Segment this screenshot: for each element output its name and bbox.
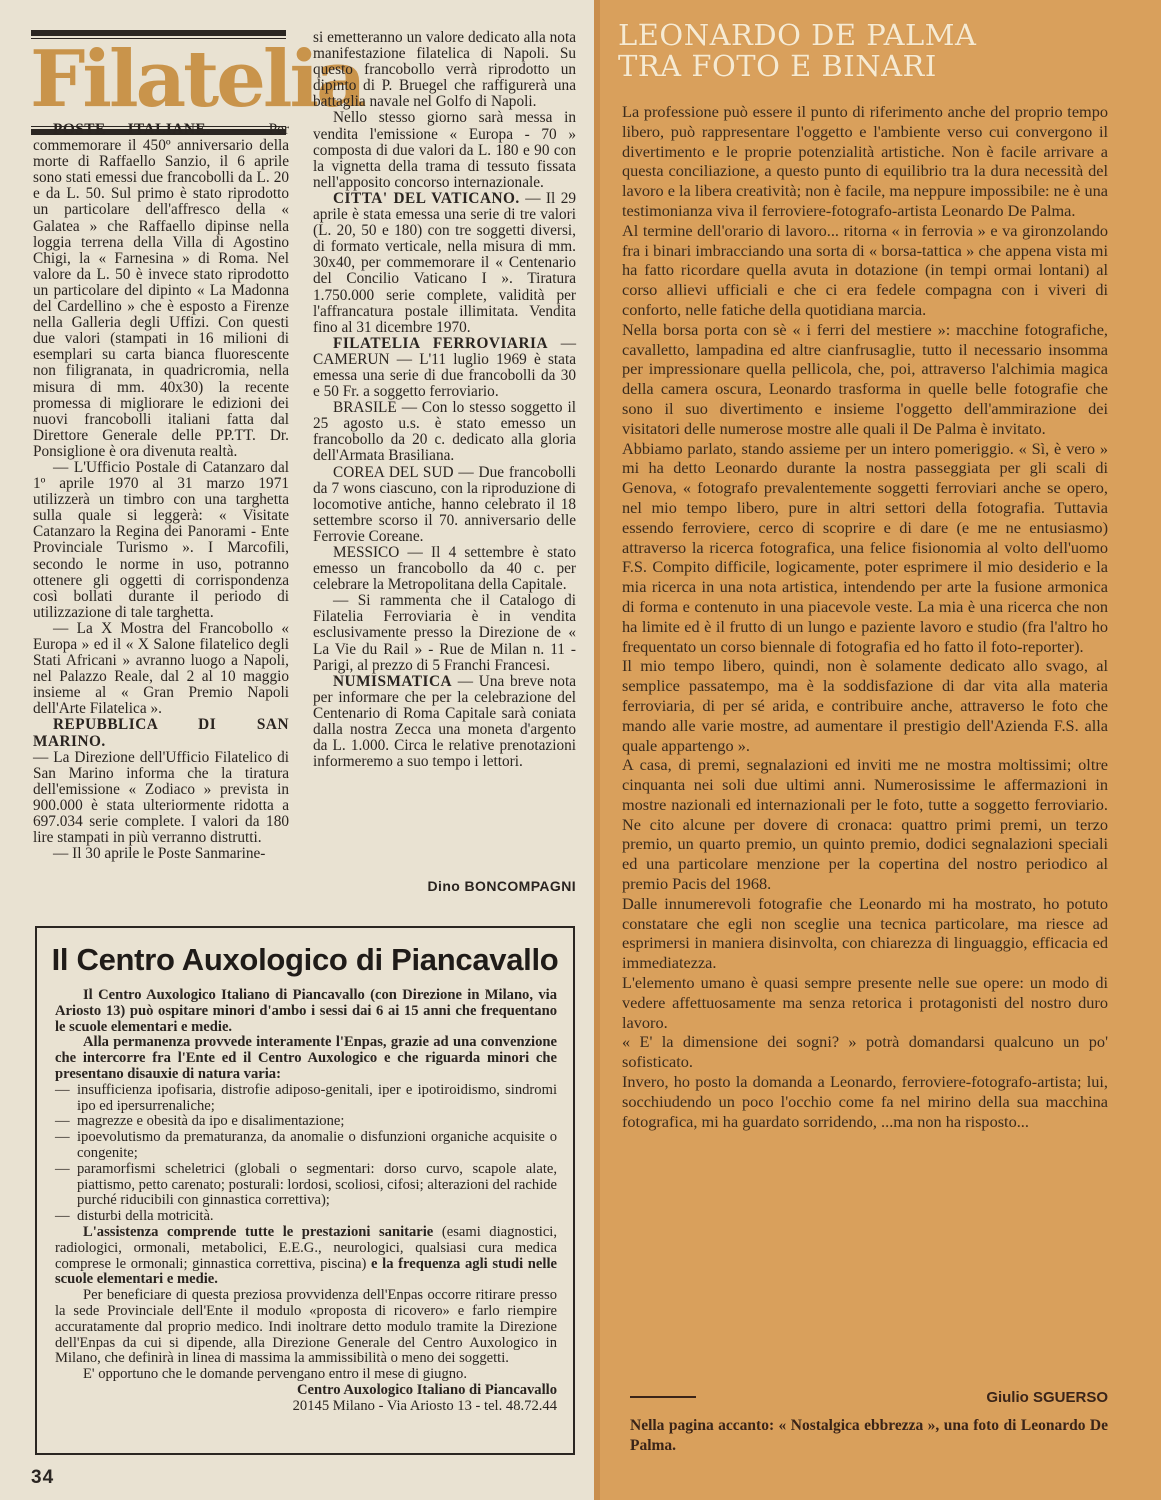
- article-paragraph: A casa, di premi, segnalazioni ed inviti…: [622, 755, 1108, 894]
- notice-intro: Il Centro Auxologico Italiano di Piancav…: [55, 988, 557, 1035]
- paragraph: — La X Mostra del Francobollo « Europa »…: [33, 621, 289, 718]
- paragraph: CITTA' DEL VATICANO. — Il 29 aprile è st…: [313, 191, 576, 336]
- paragraph: REPUBBLICA DI SAN MARINO.: [33, 717, 289, 749]
- paragraph-text: — Il 29 aprile è stata emessa una serie …: [313, 190, 576, 336]
- photo-caption: Nella pagina accanto: « Nostalgica ebbre…: [630, 1416, 1108, 1456]
- paragraph: FILATELIA FERROVIARIA — CAMERUN — L'11 l…: [313, 336, 576, 400]
- paragraph-text: — La Direzione dell'Ufficio Filatelico d…: [33, 749, 289, 846]
- paragraph-lead: REPUBBLICA DI SAN MARINO.: [33, 716, 289, 749]
- article-paragraph: Al termine dell'orario di lavoro... rito…: [622, 221, 1108, 320]
- notice-body: Il Centro Auxologico Italiano di Piancav…: [55, 988, 557, 1415]
- article-title-line-2: TRA FOTO E BINARI: [618, 51, 1138, 82]
- condition-item: disturbi della motricità.: [55, 1209, 557, 1225]
- auxologico-notice-box: Il Centro Auxologico di Piancavallo Il C…: [35, 926, 575, 1455]
- magazine-page: Filatelia POSTE ITALIANE. — Per commemor…: [0, 0, 1161, 1500]
- notice-deadline: E' opportuno che le domande pervengano e…: [55, 1367, 557, 1383]
- assistance-bold: L'assistenza comprende tutte le prestazi…: [83, 1224, 433, 1240]
- paragraph-text: — L'Ufficio Postale di Catanzaro dal 1º …: [33, 459, 289, 621]
- notice-address: 20145 Milano - Via Ariosto 13 - tel. 48.…: [55, 1399, 557, 1415]
- panel-edge: [594, 0, 600, 1500]
- paragraph-text: si emetteranno un valore dedicato alla n…: [313, 29, 576, 110]
- paragraph: BRASILE — Con lo stesso soggetto il 25 a…: [313, 400, 576, 464]
- article-paragraph: Nella borsa porta con sè « i ferri del m…: [622, 320, 1108, 439]
- article-panel: LEONARDO DE PALMA TRA FOTO E BINARI La p…: [594, 0, 1161, 1500]
- paragraph-text: Nello stesso giorno sarà messa in vendit…: [313, 109, 576, 190]
- paragraph-text: MESSICO — Il 4 settembre è stato emesso …: [313, 544, 576, 593]
- article-paragraph: Abbiamo parlato, stando assieme per un i…: [622, 439, 1108, 657]
- paragraph: MESSICO — Il 4 settembre è stato emesso …: [313, 545, 576, 593]
- article-paragraph: Invero, ho posto la domanda a Leonardo, …: [622, 1072, 1108, 1131]
- filatelia-column-2: si emetteranno un valore dedicato alla n…: [313, 30, 576, 770]
- paragraph: POSTE ITALIANE. — Per commemorare il 450…: [33, 122, 289, 460]
- paragraph: — Il 30 aprile le Poste Sanmarine-: [33, 846, 289, 862]
- condition-item: ipoevolutismo da prematuranza, da anomal…: [55, 1130, 557, 1162]
- paragraph-lead: POSTE ITALIANE.: [53, 121, 210, 138]
- paragraph-text: BRASILE — Con lo stesso soggetto il 25 a…: [313, 399, 576, 464]
- paragraph-text: — Si rammenta che il Catalogo di Filatel…: [313, 592, 576, 673]
- article-paragraph: L'elemento umano è quasi sempre presente…: [622, 973, 1108, 1032]
- notice-title: Il Centro Auxologico di Piancavallo: [37, 942, 573, 978]
- paragraph: — Si rammenta che il Catalogo di Filatel…: [313, 593, 576, 673]
- article-paragraph: « E' la dimensione dei sogni? » potrà do…: [622, 1032, 1108, 1072]
- paragraph-text: — Per commemorare il 450º anniversario d…: [33, 121, 289, 460]
- conditions-list: insufficienza ipofisaria, distrofie adip…: [55, 1083, 557, 1225]
- author-signature: Dino BONCOMPAGNI: [313, 878, 576, 894]
- paragraph-lead: NUMISMATICA: [333, 673, 452, 690]
- article-paragraph: La professione può essere il punto di ri…: [622, 102, 1108, 221]
- paragraph: — L'Ufficio Postale di Catanzaro dal 1º …: [33, 460, 289, 621]
- article-title-line-1: LEONARDO DE PALMA: [618, 20, 1138, 51]
- filatelia-column-1: POSTE ITALIANE. — Per commemorare il 450…: [33, 122, 289, 862]
- paragraph-lead: CITTA' DEL VATICANO.: [333, 190, 520, 207]
- notice-assistance: L'assistenza comprende tutte le prestazi…: [55, 1225, 557, 1288]
- condition-item: paramorfismi scheletrici (globali o segm…: [55, 1162, 557, 1209]
- article-paragraph: Il mio tempo libero, quindi, non è solam…: [622, 656, 1108, 755]
- notice-procedure: Per beneficiare di questa preziosa provv…: [55, 1288, 557, 1367]
- notice-enpas: Alla permanenza provvede interamente l'E…: [55, 1035, 557, 1082]
- section-title: Filatelia: [30, 34, 288, 126]
- paragraph-lead: FILATELIA FERROVIARIA: [333, 335, 548, 352]
- filatelia-masthead: Filatelia: [31, 30, 286, 110]
- paragraph: si emetteranno un valore dedicato alla n…: [313, 30, 576, 110]
- article-paragraph: Dalle innumerevoli fotografie che Leonar…: [622, 894, 1108, 973]
- paragraph: NUMISMATICA — Una breve nota per informa…: [313, 674, 576, 771]
- paragraph: COREA DEL SUD — Due francobolli da 7 won…: [313, 465, 576, 545]
- caption-divider: [630, 1396, 696, 1398]
- condition-item: magrezze e obesità da ipo e disalimentaz…: [55, 1114, 557, 1130]
- page-number: 34: [31, 1467, 54, 1489]
- paragraph: Nello stesso giorno sarà messa in vendit…: [313, 110, 576, 190]
- article-body: La professione può essere il punto di ri…: [622, 102, 1108, 1131]
- paragraph-text: — Il 30 aprile le Poste Sanmarine-: [53, 845, 265, 862]
- notice-signature: Centro Auxologico Italiano di Piancavall…: [55, 1383, 557, 1399]
- article-title: LEONARDO DE PALMA TRA FOTO E BINARI: [618, 20, 1138, 82]
- paragraph-text: COREA DEL SUD — Due francobolli da 7 won…: [313, 464, 576, 545]
- condition-item: insufficienza ipofisaria, distrofie adip…: [55, 1083, 557, 1115]
- paragraph: — La Direzione dell'Ufficio Filatelico d…: [33, 750, 289, 847]
- paragraph-text: — La X Mostra del Francobollo « Europa »…: [33, 620, 289, 717]
